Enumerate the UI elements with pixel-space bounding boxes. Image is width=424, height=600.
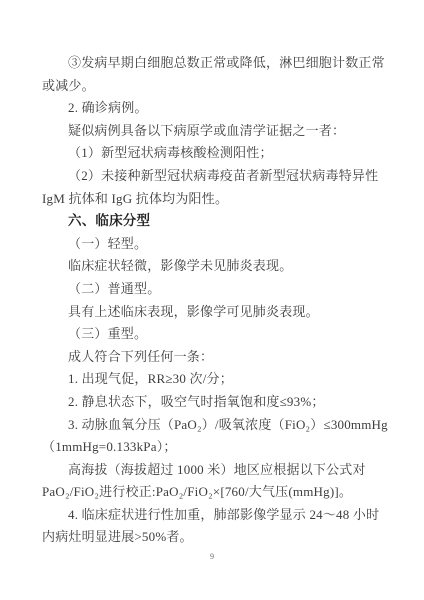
text-line: 3. 动脉血氧分压（PaO₂）/吸氧浓度（FiO₂）≤300mmHg bbox=[42, 414, 384, 437]
text-line: （1）新型冠状病毒核酸检测阳性； bbox=[42, 142, 384, 165]
text-line: 内病灶明显进展>50%者。 bbox=[42, 526, 384, 549]
text-line: 具有上述临床表现，影像学可见肺炎表现。 bbox=[42, 301, 384, 324]
text-line: 疑似病例具备以下病原学或血清学证据之一者： bbox=[42, 120, 384, 143]
page-number: 9 bbox=[0, 552, 424, 561]
text-line: 2. 确诊病例。 bbox=[42, 97, 384, 120]
document-page: ③发病早期白细胞总数正常或降低，淋巴细胞计数正常 或减少。 2. 确诊病例。 疑… bbox=[0, 0, 424, 600]
text-line: （二）普通型。 bbox=[42, 278, 384, 301]
text-line: （三）重型。 bbox=[42, 323, 384, 346]
text-line: 4. 临床症状进行性加重，肺部影像学显示 24～48 小时 bbox=[42, 504, 384, 527]
text-line: 2. 静息状态下，吸空气时指氧饱和度≤93%； bbox=[42, 391, 384, 414]
text-line: ③发病早期白细胞总数正常或降低，淋巴细胞计数正常 bbox=[42, 52, 384, 75]
text-line: PaO₂/FiO₂进行校正:PaO₂/FiO₂×[760/大气压(mmHg)]。 bbox=[42, 481, 384, 504]
section-heading: 六、临床分型 bbox=[42, 210, 384, 233]
text-line: （1mmHg=0.133kPa）； bbox=[42, 436, 384, 459]
text-line: 成人符合下列任何一条： bbox=[42, 346, 384, 369]
text-line: 或减少。 bbox=[42, 75, 384, 98]
text-line: 1. 出现气促，RR≥30 次/分； bbox=[42, 368, 384, 391]
text-line: （2）未接种新型冠状病毒疫苗者新型冠状病毒特异性 bbox=[42, 165, 384, 188]
text-line: IgM 抗体和 IgG 抗体均为阳性。 bbox=[42, 188, 384, 211]
text-line: 临床症状轻微，影像学未见肺炎表现。 bbox=[42, 255, 384, 278]
text-line: （一）轻型。 bbox=[42, 233, 384, 256]
text-line: 高海拔（海拔超过 1000 米）地区应根据以下公式对 bbox=[42, 459, 384, 482]
document-body: ③发病早期白细胞总数正常或降低，淋巴细胞计数正常 或减少。 2. 确诊病例。 疑… bbox=[42, 52, 384, 549]
